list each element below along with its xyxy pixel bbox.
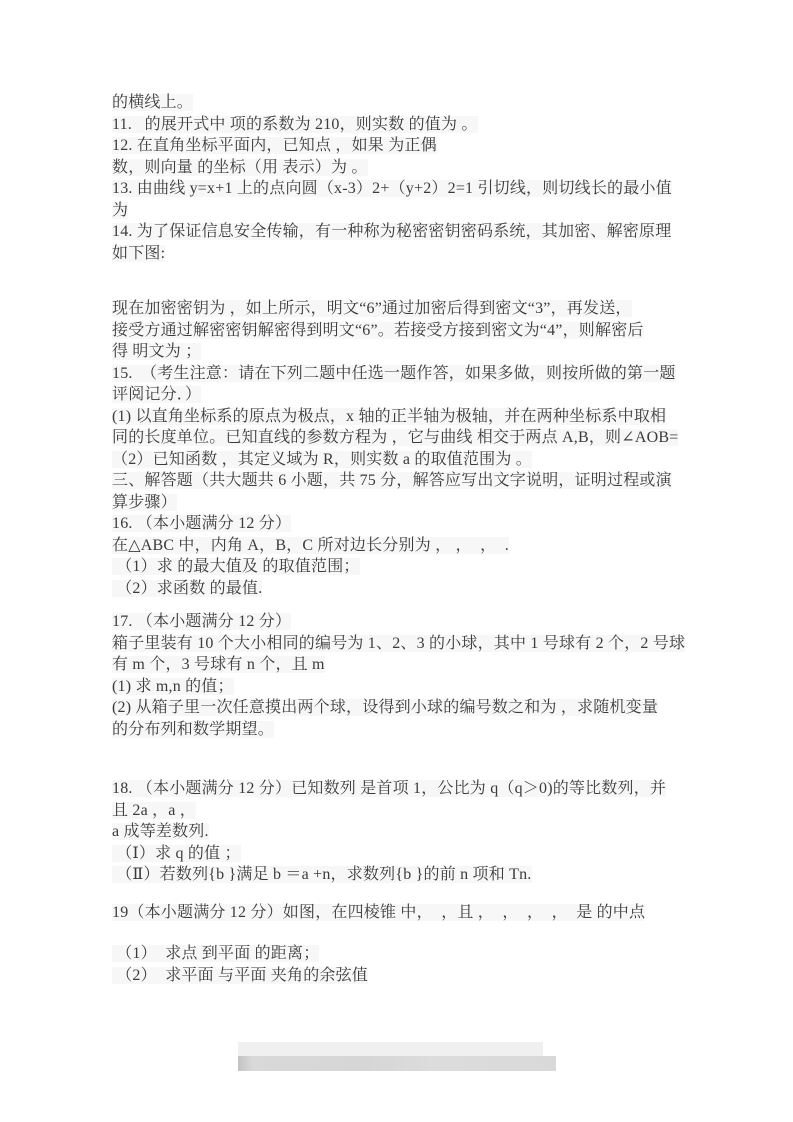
text-line-content: 11. 的展开式中 项的系数为 210，则实数 的值为 。	[112, 116, 478, 133]
text-line-content: 如下图:	[112, 245, 165, 262]
text-line-content: 18. （本小题满分 12 分）已知数列 是首项 1，公比为 q（q＞0)的等比…	[112, 780, 666, 797]
blank-gap	[112, 599, 757, 611]
blank-gap	[112, 886, 757, 902]
text-line: 17. （本小题满分 12 分）	[112, 611, 757, 633]
text-line: 现在加密密钥为 ，如上所示，明文“6”通过加密后得到密文“3”，再发送，	[112, 298, 757, 320]
text-line-content: （2）已知函数 ，其定义域为 R，则实数 a 的取值范围为 。	[112, 451, 532, 468]
watermark-band-bottom	[238, 1056, 556, 1071]
text-line: 14. 为了保证信息安全传输，有一种称为秘密密钥密码系统，其加密、解密原理	[112, 221, 757, 243]
text-line: （1） 求点 到平面 的距离；	[112, 943, 757, 965]
text-line: 且 2a ，a ，	[112, 800, 757, 822]
text-line-content: 箱子里装有 10 个大小相同的编号为 1、2、3 的小球，其中 1 号球有 2 …	[112, 635, 685, 652]
text-line-content: 为	[112, 202, 128, 219]
text-line: 接受方通过解密密钥解密得到明文“6”。若接受方接到密文为“4”，则解密后	[112, 320, 757, 342]
text-line: 数，则向量 的坐标（用 表示）为 。	[112, 157, 757, 179]
text-line: 12. 在直角坐标平面内，已知点 ，如果 为正偶	[112, 135, 757, 157]
text-line: （Ⅱ）若数列{b }满足 b ＝a +n，求数列{b }的前 n 项和 Tn.	[112, 864, 757, 886]
text-line-content: 三、解答题（共大题共 6 小题，共 75 分，解答应写出文字说明，证明过程或演	[112, 472, 672, 489]
text-line: （2）已知函数 ，其定义域为 R，则实数 a 的取值范围为 。	[112, 449, 757, 471]
text-line-content: 15. （考生注意：请在下列二题中任选一题作答，如果多做，则按所做的第一题	[112, 365, 676, 382]
text-line: 同的长度单位。已知直线的参数方程为 ，它与曲线 相交于两点 A,B，则∠AOB=	[112, 427, 757, 449]
text-line-content: 的横线上。	[112, 94, 193, 111]
text-line: 的分布列和数学期望。	[112, 719, 757, 741]
blank-gap	[112, 264, 757, 298]
blank-gap	[112, 923, 757, 943]
text-line-content: （1）求 的最大值及 的取值范围；	[112, 558, 360, 575]
text-line: 19（本小题满分 12 分）如图，在四棱锥 中， ，且 ， ， ， ， 是 的中…	[112, 902, 757, 924]
text-line: 算步骤）	[112, 492, 757, 514]
text-line-content: 得 明文为 ；	[112, 343, 201, 360]
text-line: （2） 求平面 与平面 夹角的余弦值	[112, 965, 757, 987]
text-line: 11. 的展开式中 项的系数为 210，则实数 的值为 。	[112, 114, 757, 136]
text-line: 18. （本小题满分 12 分）已知数列 是首项 1，公比为 q（q＞0)的等比…	[112, 778, 757, 800]
watermark-band-top	[238, 1042, 543, 1056]
blurred-watermark	[238, 1042, 556, 1071]
text-line: 15. （考生注意：请在下列二题中任选一题作答，如果多做，则按所做的第一题	[112, 363, 757, 385]
text-line-content: (1) 求 m,n 的值；	[112, 678, 234, 695]
text-line-content: 现在加密密钥为 ，如上所示，明文“6”通过加密后得到密文“3”，再发送，	[112, 300, 632, 317]
text-line-content: 的分布列和数学期望。	[112, 721, 274, 738]
text-line-content: (1) 以直角坐标系的原点为极点，x 轴的正半轴为极轴，并在两种坐标系中取相	[112, 408, 666, 425]
text-line-content: 在△ABC 中，内角 A，B，C 所对边长分别为 ， ， ， .	[112, 537, 509, 554]
text-line: （1）求 的最大值及 的取值范围；	[112, 556, 757, 578]
text-line-content: 算步骤）	[112, 494, 177, 511]
text-line: (1) 以直角坐标系的原点为极点，x 轴的正半轴为极轴，并在两种坐标系中取相	[112, 406, 757, 428]
text-line: 为	[112, 200, 757, 222]
text-line-content: a 成等差数列.	[112, 823, 209, 840]
text-line: (1) 求 m,n 的值；	[112, 676, 757, 698]
text-line: （2）求函数 的最值.	[112, 578, 757, 600]
text-line: 评阅记分．）	[112, 384, 757, 406]
text-line-content: 数，则向量 的坐标（用 表示）为 。	[112, 159, 368, 176]
text-line-content: 17. （本小题满分 12 分）	[112, 613, 291, 630]
blank-gap	[112, 740, 757, 778]
text-line-content: (2) 从箱子里一次任意摸出两个球，设得到小球的编号数之和为 ，求随机变量	[112, 699, 658, 716]
text-line: 如下图:	[112, 243, 757, 265]
text-line-content: （Ⅰ）求 q 的值 ；	[112, 845, 241, 862]
text-line: 16. （本小题满分 12 分）	[112, 513, 757, 535]
text-line-content: 同的长度单位。已知直线的参数方程为 ，它与曲线 相交于两点 A,B，则∠AOB=	[112, 429, 678, 446]
document-body: 的横线上。11. 的展开式中 项的系数为 210，则实数 的值为 。12. 在直…	[0, 0, 793, 986]
text-line-content: （2）求函数 的最值.	[112, 580, 262, 597]
text-line: 的横线上。	[112, 92, 757, 114]
text-line: 得 明文为 ；	[112, 341, 757, 363]
text-line-content: 13. 由曲线 y=x+1 上的点向圆（x-3）2+（y+2）2=1 引切线，则…	[112, 180, 672, 197]
text-line-content: （Ⅱ）若数列{b }满足 b ＝a +n，求数列{b }的前 n 项和 Tn.	[112, 866, 532, 883]
text-line-content: 12. 在直角坐标平面内，已知点 ，如果 为正偶	[112, 137, 437, 154]
text-line-content: （1） 求点 到平面 的距离；	[112, 945, 319, 962]
text-line-content: 且 2a ，a ，	[112, 802, 196, 819]
text-line: a 成等差数列.	[112, 821, 757, 843]
text-line-content: （2） 求平面 与平面 夹角的余弦值	[112, 967, 368, 984]
text-line: 13. 由曲线 y=x+1 上的点向圆（x-3）2+（y+2）2=1 引切线，则…	[112, 178, 757, 200]
text-line: 箱子里装有 10 个大小相同的编号为 1、2、3 的小球，其中 1 号球有 2 …	[112, 633, 757, 655]
text-line-content: 19（本小题满分 12 分）如图，在四棱锥 中， ，且 ， ， ， ， 是 的中…	[112, 904, 645, 921]
text-line-content: 评阅记分．）	[112, 386, 201, 403]
text-line: 在△ABC 中，内角 A，B，C 所对边长分别为 ， ， ， .	[112, 535, 757, 557]
text-line-content: 16. （本小题满分 12 分）	[112, 515, 291, 532]
text-line-content: 接受方通过解密密钥解密得到明文“6”。若接受方接到密文为“4”，则解密后	[112, 322, 644, 339]
text-line-content: 有 m 个，3 号球有 n 个，且 m	[112, 656, 325, 673]
text-line: 有 m 个，3 号球有 n 个，且 m	[112, 654, 757, 676]
text-line: (2) 从箱子里一次任意摸出两个球，设得到小球的编号数之和为 ，求随机变量	[112, 697, 757, 719]
text-line: （Ⅰ）求 q 的值 ；	[112, 843, 757, 865]
text-line: 三、解答题（共大题共 6 小题，共 75 分，解答应写出文字说明，证明过程或演	[112, 470, 757, 492]
text-line-content: 14. 为了保证信息安全传输，有一种称为秘密密钥密码系统，其加密、解密原理	[112, 223, 671, 240]
